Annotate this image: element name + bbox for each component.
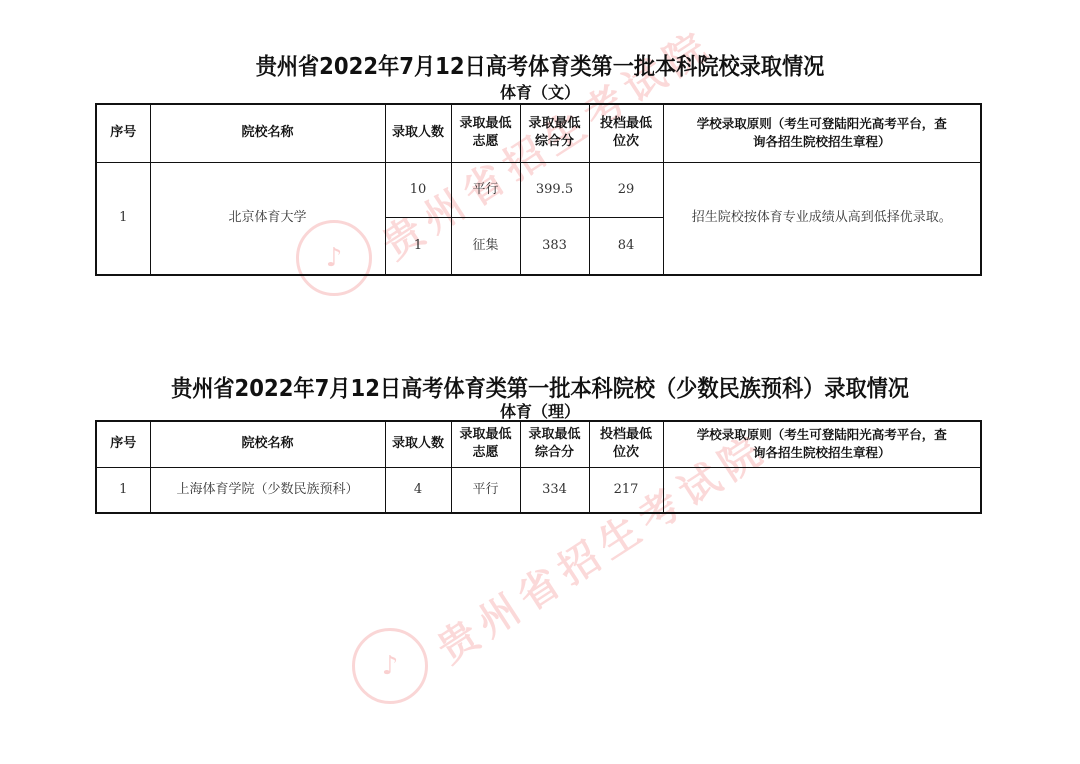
header-line: 投档最低 [600,427,652,442]
section1-title: 贵州省2022年7月12日高考体育类第一批本科院校录取情况 [43,48,1037,81]
cell-volunteer: 平行 [451,162,520,217]
header-rank: 投档最低位次 [589,421,663,467]
header-score: 录取最低综合分 [520,421,589,467]
header-school: 院校名称 [150,104,385,162]
header-school: 院校名称 [150,421,385,467]
table-row: 1 北京体育大学 10 平行 399.5 29 招生院校按体育专业成绩从高到低择… [96,162,981,217]
header-line: 投档最低 [600,116,652,131]
table-header-row: 序号 院校名称 录取人数 录取最低志愿 录取最低综合分 投档最低位次 学校录取原… [96,104,981,162]
cell-rank: 84 [589,217,663,275]
header-score: 录取最低综合分 [520,104,589,162]
cell-count: 1 [385,217,451,275]
cell-rank: 217 [589,467,663,513]
header-rank: 投档最低位次 [589,104,663,162]
watermark-logo-icon: ♪ [352,628,428,704]
cell-count: 4 [385,467,451,513]
cell-volunteer: 平行 [451,467,520,513]
header-line: 综合分 [535,445,574,460]
cell-score: 383 [520,217,589,275]
header-index: 序号 [96,421,150,467]
header-line: 录取最低 [459,116,511,131]
header-line: 位次 [613,445,639,460]
admission-table-2: 序号 院校名称 录取人数 录取最低志愿 录取最低综合分 投档最低位次 学校录取原… [95,420,982,514]
header-line: 询各招生院校招生章程） [753,134,891,149]
header-rule: 学校录取原则（考生可登陆阳光高考平台，查询各招生院校招生章程） [663,104,981,162]
header-line: 学校录取原则（考生可登陆阳光高考平台，查 [697,427,947,442]
cell-rank: 29 [589,162,663,217]
cell-count: 10 [385,162,451,217]
cell-rule: 招生院校按体育专业成绩从高到低择优录取。 [663,162,981,275]
header-index: 序号 [96,104,150,162]
header-line: 志愿 [472,134,498,149]
cell-score: 334 [520,467,589,513]
section1-subtitle: 体育（文） [0,80,1080,103]
cell-school: 北京体育大学 [150,162,385,275]
header-line: 询各招生院校招生章程） [753,445,891,460]
header-line: 志愿 [472,445,498,460]
header-volunteer: 录取最低志愿 [451,421,520,467]
header-line: 录取最低 [459,427,511,442]
header-volunteer: 录取最低志愿 [451,104,520,162]
header-line: 录取最低 [528,427,580,442]
table-row: 1 上海体育学院（少数民族预科） 4 平行 334 217 [96,467,981,513]
cell-score: 399.5 [520,162,589,217]
section2-subtitle: 体育（理） [0,399,1080,422]
header-count: 录取人数 [385,421,451,467]
cell-school: 上海体育学院（少数民族预科） [150,467,385,513]
header-line: 位次 [613,134,639,149]
header-count: 录取人数 [385,104,451,162]
table-header-row: 序号 院校名称 录取人数 录取最低志愿 录取最低综合分 投档最低位次 学校录取原… [96,421,981,467]
header-line: 学校录取原则（考生可登陆阳光高考平台，查 [697,116,947,131]
cell-index: 1 [96,162,150,275]
cell-index: 1 [96,467,150,513]
cell-volunteer: 征集 [451,217,520,275]
admission-table-1: 序号 院校名称 录取人数 录取最低志愿 录取最低综合分 投档最低位次 学校录取原… [95,103,982,276]
header-rule: 学校录取原则（考生可登陆阳光高考平台，查询各招生院校招生章程） [663,421,981,467]
cell-rule [663,467,981,513]
header-line: 录取最低 [528,116,580,131]
header-line: 综合分 [535,134,574,149]
